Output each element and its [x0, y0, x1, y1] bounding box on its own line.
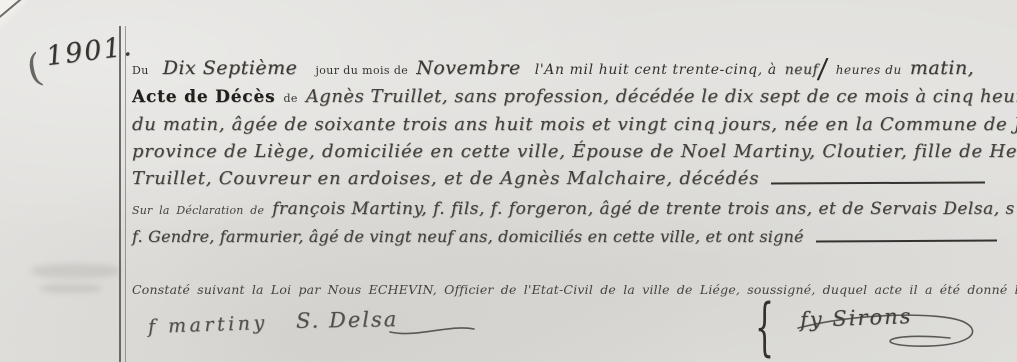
- printed-de: de: [283, 92, 297, 105]
- margin-rule-line: [119, 26, 126, 362]
- ink-bleed-ghost: [32, 264, 120, 278]
- signature-brace: {: [755, 292, 774, 362]
- body-line-4: province de Liège, domiciliée en cette v…: [132, 141, 1007, 162]
- handwritten-period: matin,: [910, 57, 974, 79]
- handwritten-day: Dix Septième: [163, 57, 298, 79]
- blank-filler-rule: [771, 181, 985, 184]
- body-line-5: Truillet, Couvreur en ardoises, et de Ag…: [132, 168, 991, 189]
- signature-flourish-delsa: [388, 322, 478, 338]
- margin-bracket-stroke: (: [23, 45, 47, 91]
- handwritten-residence-spouse: province de Liège, domiciliée en cette v…: [132, 141, 1017, 162]
- date-line: Du Dix Septième jour du mois de Novembre…: [132, 48, 1007, 81]
- printed-sur-la-declaration: Sur la Déclaration de: [132, 204, 264, 217]
- printed-jour-du-mois: jour du mois de: [315, 64, 408, 77]
- handwritten-hour: neuf: [785, 62, 819, 78]
- closing-line: Constaté suivant la Loi par Nous ECHEVIN…: [132, 282, 1007, 297]
- ink-bleed-ghost: [40, 284, 102, 293]
- declaration-line: Sur la Déclaration de françois Martiny, …: [132, 199, 1007, 219]
- handwritten-declarant-2: f. Gendre, farmurier, âgé de vingt neuf …: [132, 227, 804, 246]
- pen-stroke-slash: /: [817, 52, 830, 86]
- signature-delsa: S. Delsa: [296, 307, 399, 333]
- body-line-3: du matin, âgée de soixante trois ans hui…: [132, 114, 1007, 135]
- printed-year: l'An mil huit cent trente-cinq, à: [535, 62, 777, 78]
- handwritten-declarant-1: françois Martiny, f. fils, f. forgeron, …: [272, 199, 1015, 219]
- declaration-line-2: f. Gendre, farmurier, âgé de vingt neuf …: [132, 227, 1003, 247]
- printed-heures-du: heures du: [836, 63, 902, 77]
- handwritten-month: Novembre: [416, 57, 521, 79]
- death-record-scan: ( 1901. Du Dix Septième jour du mois de …: [0, 0, 1017, 362]
- signature-flourish-official: [792, 308, 1002, 360]
- printed-acte-de-deces-heading: Acte de Décès: [132, 87, 275, 107]
- blank-filler-rule: [816, 240, 997, 243]
- handwritten-parents: Truillet, Couvreur en ardoises, et de Ag…: [132, 168, 759, 189]
- printed-closing-formula: Constaté suivant la Loi par Nous ECHEVIN…: [132, 282, 1017, 297]
- printed-du: Du: [132, 64, 149, 77]
- handwritten-age-birthplace: du matin, âgée de soixante trois ans hui…: [132, 114, 1017, 135]
- handwritten-deceased-entry: Agnès Truillet, sans profession, décédée…: [306, 86, 1017, 107]
- signature-martiny: f martiny: [148, 312, 268, 338]
- acte-line: Acte de Décès de Agnès Truillet, sans pr…: [132, 86, 1007, 107]
